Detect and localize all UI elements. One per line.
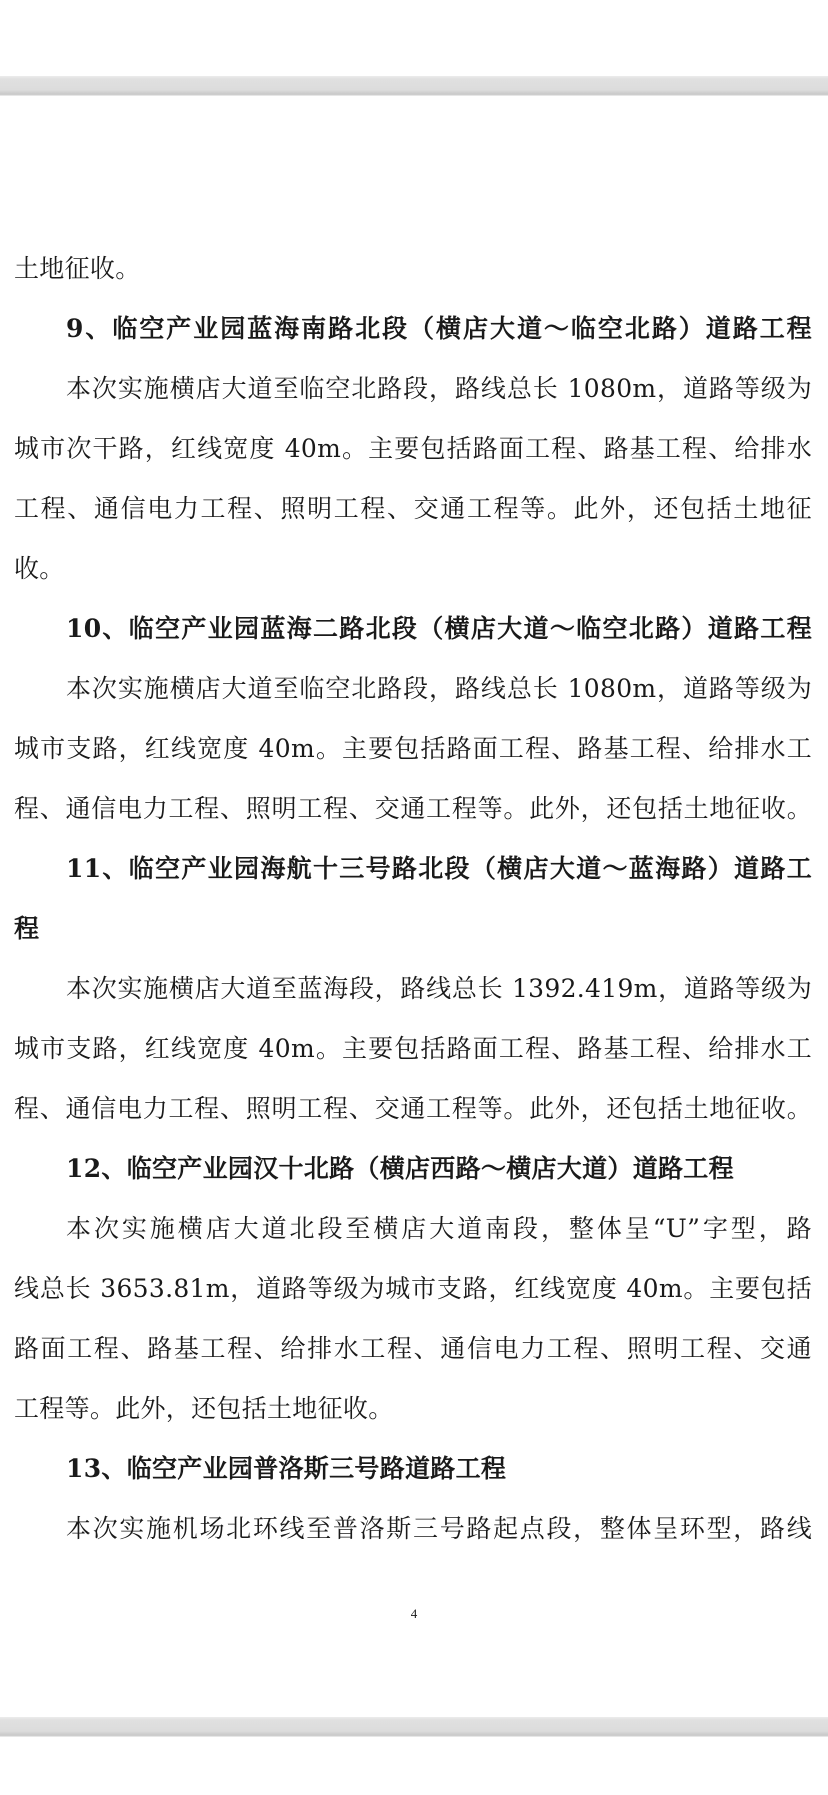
body-text-line: 本次实施横店大道至蓝海段，路线总长 1392.419m，道路等级为 [66,974,812,1004]
body-text-line: 城市支路，红线宽度 40m。主要包括路面工程、路基工程、给排水工 [14,734,812,764]
document-page: 土地征收。 9、临空产业园蓝海南路北段（横店大道～临空北路）道路工程 本次实施横… [0,96,828,1717]
section-heading-9: 9、临空产业园蓝海南路北段（横店大道～临空北路）道路工程 [66,314,812,344]
page-number: 4 [0,1606,828,1622]
body-text-line: 路面工程、路基工程、给排水工程、通信电力工程、照明工程、交通 [14,1334,812,1364]
body-text-line: 工程、通信电力工程、照明工程、交通工程等。此外，还包括土地征 [14,494,812,524]
section-heading-13: 13、临空产业园普洛斯三号路道路工程 [66,1454,812,1484]
body-text-line: 工程等。此外，还包括土地征收。 [14,1394,812,1424]
body-text-line: 本次实施机场北环线至普洛斯三号路起点段，整体呈环型，路线 [66,1514,812,1544]
body-text-line: 土地征收。 [14,254,812,284]
section-heading-11: 11、临空产业园海航十三号路北段（横店大道～蓝海路）道路工 [66,854,812,884]
body-text-line: 收。 [14,554,812,584]
body-text-line: 程、通信电力工程、照明工程、交通工程等。此外，还包括土地征收。 [14,794,812,824]
body-text-line: 城市支路，红线宽度 40m。主要包括路面工程、路基工程、给排水工 [14,1034,812,1064]
page-separator-top [0,76,828,96]
section-heading-11-continued: 程 [14,914,812,944]
body-text-line: 城市次干路，红线宽度 40m。主要包括路面工程、路基工程、给排水 [14,434,812,464]
section-heading-12: 12、临空产业园汉十北路（横店西路～横店大道）道路工程 [66,1154,812,1184]
body-text-line: 线总长 3653.81m，道路等级为城市支路，红线宽度 40m。主要包括 [14,1274,812,1304]
body-text-line: 本次实施横店大道至临空北路段，路线总长 1080m，道路等级为 [66,674,812,704]
body-text-line: 本次实施横店大道至临空北路段，路线总长 1080m，道路等级为 [66,374,812,404]
body-text-line: 程、通信电力工程、照明工程、交通工程等。此外，还包括土地征收。 [14,1094,812,1124]
section-heading-10: 10、临空产业园蓝海二路北段（横店大道～临空北路）道路工程 [66,614,812,644]
body-text-line: 本次实施横店大道北段至横店大道南段，整体呈“U”字型，路 [66,1214,812,1244]
page-separator-bottom [0,1717,828,1737]
